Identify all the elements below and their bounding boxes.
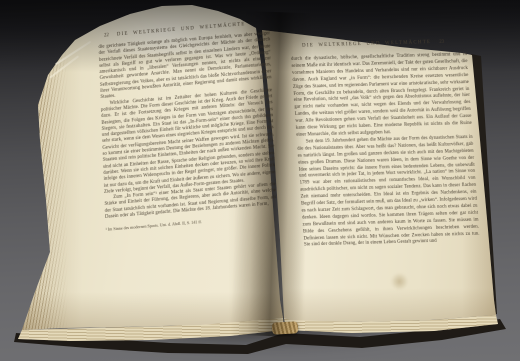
paragraph: durch die dynastische, höfische, gesells… <box>291 52 473 140</box>
left-page-leaf-streaks <box>22 38 68 332</box>
right-page-number: 23 <box>439 40 444 46</box>
book-photo: 22 DIE WELTKRIEGE UND WELTMÄCHTE die ger… <box>0 0 520 361</box>
paragraph: Seit dem 19. Jahrhundert gehen die Mächt… <box>297 135 481 250</box>
right-page-text: DIE WELTKRIEGE UND WELTMÄCHTE 23 durch d… <box>290 39 480 250</box>
gutter-shadow <box>230 11 313 337</box>
right-page-body: durch die dynastische, höfische, gesells… <box>291 52 480 250</box>
page-stain <box>391 273 408 290</box>
